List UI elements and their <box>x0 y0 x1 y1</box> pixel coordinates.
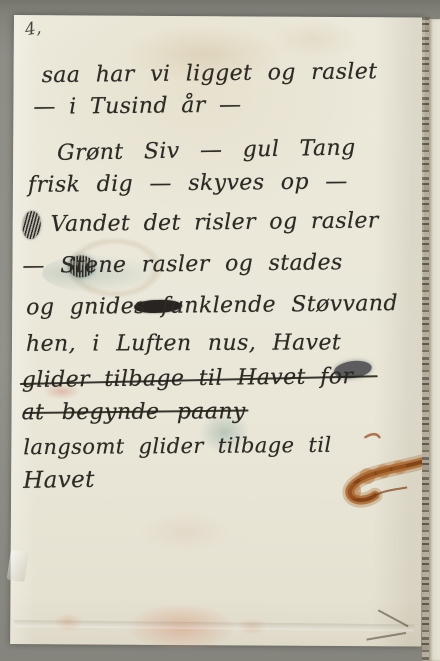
page-number: 4, <box>23 18 42 40</box>
manuscript-line: hen, i Luften nus, Havet <box>26 330 341 358</box>
manuscript-page: 4, saa h <box>10 15 425 646</box>
manuscript-line: Grønt Siv — gul Tang <box>57 135 356 167</box>
ink-scribble-line5 <box>21 210 43 240</box>
manuscript-line: — Stene rasler og stades <box>22 250 342 280</box>
manuscript-line: langsomt glider tilbage til <box>23 433 331 461</box>
manuscript-line: saa har vi ligget og raslet <box>42 59 378 89</box>
handwritten-text-block: saa har vi ligget og raslet— i Tusind år… <box>14 15 425 18</box>
adjacent-page-edge <box>429 19 440 661</box>
pink-stain-faint-mid <box>141 512 231 553</box>
manuscript-scan: 4, saa h <box>0 0 440 661</box>
bottom-right-crack-2 <box>366 632 406 640</box>
paper-stain-top-right <box>269 19 359 60</box>
manuscript-line: Vandet det risler og rasler <box>51 208 379 238</box>
manuscript-line: frisk dig — skyves op — <box>28 169 348 199</box>
manuscript-line: og gnides funklende Støvvand <box>26 291 398 322</box>
manuscript-line: Havet <box>23 467 95 496</box>
left-edge-fold <box>7 550 29 582</box>
manuscript-line: — i Tusind år — <box>33 93 241 122</box>
